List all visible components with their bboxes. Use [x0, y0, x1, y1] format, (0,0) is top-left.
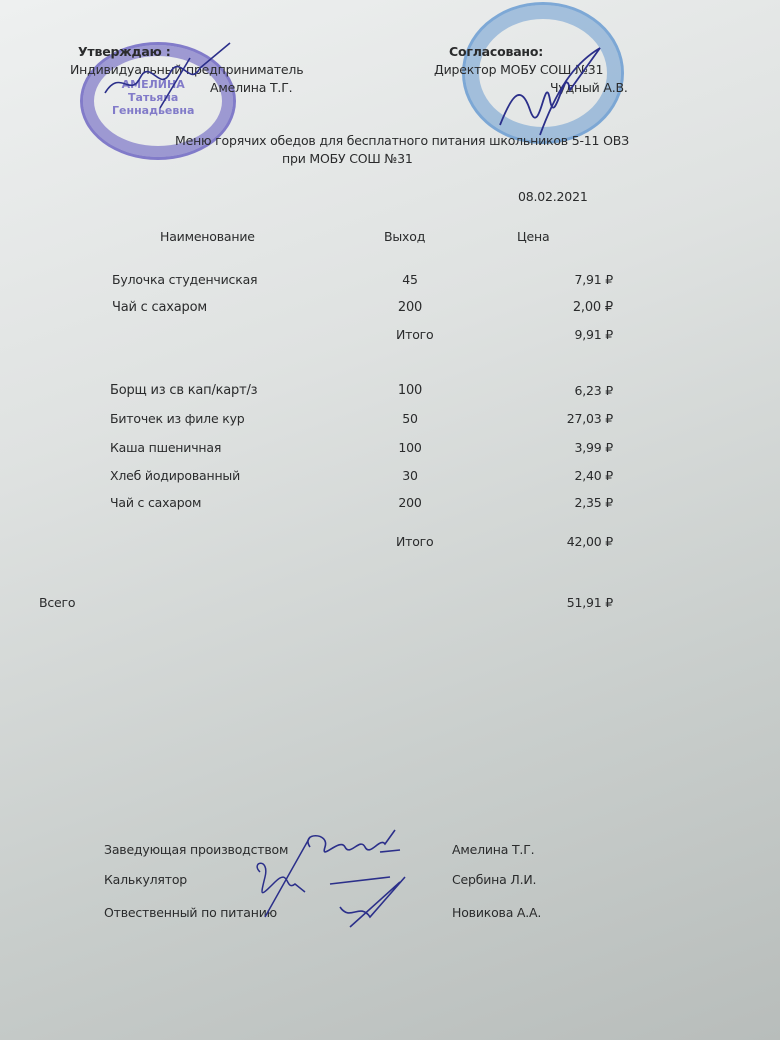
subtotal-label: Итого	[396, 327, 434, 342]
signature-name: Сербина Л.И.	[452, 872, 536, 887]
menu-date: 08.02.2021	[518, 189, 588, 204]
row-name: Чай с сахаром	[112, 300, 207, 315]
row-price: 2,00 ₽	[520, 300, 613, 315]
subtotal-label: Итого	[396, 534, 434, 549]
menu-title: Меню горячих обедов для бесплатного пита…	[175, 133, 629, 148]
signature-role: Калькулятор	[104, 872, 187, 887]
column-header-price: Цена	[517, 229, 549, 244]
row-output: 45	[390, 272, 430, 287]
signature-name: Новикова А.А.	[452, 905, 541, 920]
row-name: Хлеб йодированный	[110, 468, 240, 483]
row-output: 50	[390, 411, 430, 426]
row-price: 3,99 ₽	[520, 440, 613, 455]
row-price: 7,91 ₽	[520, 272, 613, 287]
row-output: 200	[390, 495, 430, 510]
row-output: 100	[390, 440, 430, 455]
row-name: Борщ из св кап/карт/з	[110, 383, 257, 398]
row-price: 2,40 ₽	[520, 468, 613, 483]
row-price: 2,35 ₽	[520, 495, 613, 510]
row-name: Чай с сахаром	[110, 495, 201, 510]
grand-total-label: Всего	[39, 595, 75, 610]
row-price: 27,03 ₽	[520, 411, 613, 426]
row-output: 200	[390, 300, 430, 315]
row-name: Каша пшеничная	[110, 440, 221, 455]
handwritten-signatures-icon	[230, 822, 430, 932]
row-output: 30	[390, 468, 430, 483]
subtotal-value: 42,00 ₽	[520, 534, 613, 549]
row-price: 6,23 ₽	[520, 383, 613, 398]
row-name: Булочка студенчиская	[112, 272, 257, 287]
grand-total-value: 51,91 ₽	[520, 595, 613, 610]
row-name: Биточек из филе кур	[110, 411, 245, 426]
column-header-name: Наименование	[160, 229, 255, 244]
column-header-output: Выход	[384, 229, 425, 244]
row-output: 100	[390, 383, 430, 398]
signature-name: Амелина Т.Г.	[452, 842, 534, 857]
agree-signature-icon	[490, 40, 610, 140]
subtotal-value: 9,91 ₽	[520, 327, 613, 342]
menu-subtitle: при МОБУ СОШ №31	[282, 151, 413, 166]
approve-signature-icon	[100, 38, 240, 118]
